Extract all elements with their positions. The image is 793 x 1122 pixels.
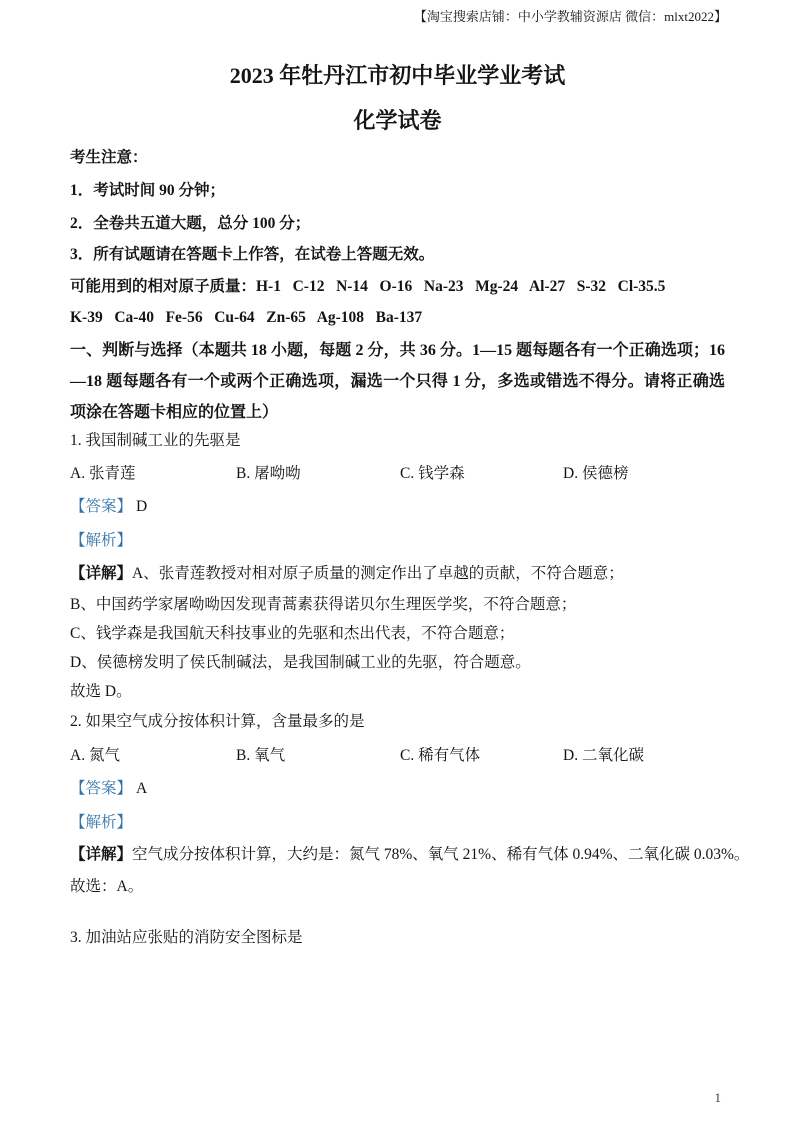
question-2-option-c: C. 稀有气体 xyxy=(400,743,563,769)
question-1-detail-a-text: A、张青莲教授对相对原子质量的测定作出了卓越的贡献，不符合题意； xyxy=(132,565,624,582)
question-1-answer-row: 【答案】D xyxy=(70,494,725,520)
question-1-conclusion: 故选 D。 xyxy=(70,679,725,705)
question-2-option-d: D. 二氧化碳 xyxy=(563,743,725,769)
question-1-option-a: A. 张青莲 xyxy=(70,461,236,487)
question-2-analysis-label: 【解析】 xyxy=(70,810,725,836)
page-number: 1 xyxy=(715,1090,722,1106)
store-watermark: 【淘宝搜索店铺：中小学教辅资源店 微信：mlxt2022】 xyxy=(414,8,727,26)
question-3-stem: 3. 加油站应张贴的消防安全图标是 xyxy=(70,925,725,951)
atomic-masses-line-2: K-39 Ca-40 Fe-56 Cu-64 Zn-65 Ag-108 Ba-1… xyxy=(70,305,725,331)
detail-label: 【详解】 xyxy=(70,565,132,582)
question-1-stem: 1. 我国制碱工业的先驱是 xyxy=(70,428,725,454)
question-1-option-b: B. 屠呦呦 xyxy=(236,461,400,487)
detail-label: 【详解】 xyxy=(70,846,132,863)
answer-label: 【答案】 xyxy=(70,498,132,515)
exam-document-page: 【淘宝搜索店铺：中小学教辅资源店 微信：mlxt2022】 2023 年牡丹江市… xyxy=(0,0,793,1122)
notice-item-3: 3．所有试题请在答题卡上作答，在试卷上答题无效。 xyxy=(70,242,725,268)
question-2-answer-value: A xyxy=(136,780,147,797)
question-1-option-c: C. 钱学森 xyxy=(400,461,563,487)
question-2-answer-row: 【答案】A xyxy=(70,776,725,802)
exam-title: 2023 年牡丹江市初中毕业学业考试 xyxy=(70,62,725,90)
question-1-detail-d: D、侯德榜发明了侯氏制碱法，是我国制碱工业的先驱，符合题意。 xyxy=(70,650,725,676)
question-1-options: A. 张青莲 B. 屠呦呦 C. 钱学森 D. 侯德榜 xyxy=(70,461,725,487)
question-1-analysis-label: 【解析】 xyxy=(70,528,725,554)
section-one-heading: 一、判断与选择（本题共 18 小题，每题 2 分，共 36 分。1—15 题每题… xyxy=(70,335,725,428)
notice-item-2: 2．全卷共五道大题，总分 100 分； xyxy=(70,211,725,237)
document-content: 2023 年牡丹江市初中毕业学业考试 化学试卷 考生注意： 1．考试时间 90 … xyxy=(0,62,793,951)
exam-subtitle: 化学试卷 xyxy=(70,107,725,135)
question-2-stem: 2. 如果空气成分按体积计算，含量最多的是 xyxy=(70,709,725,735)
question-1-detail-b: B、中国药学家屠呦呦因发现青蒿素获得诺贝尔生理医学奖，不符合题意； xyxy=(70,592,725,618)
notice-item-1: 1．考试时间 90 分钟； xyxy=(70,178,725,204)
question-2-option-b: B. 氧气 xyxy=(236,743,400,769)
question-1-detail-c: C、钱学森是我国航天科技事业的先驱和杰出代表，不符合题意； xyxy=(70,621,725,647)
question-2-options: A. 氮气 B. 氧气 C. 稀有气体 D. 二氧化碳 xyxy=(70,743,725,769)
question-2-detail: 【详解】空气成分按体积计算，大约是：氮气 78%、氧气 21%、稀有气体 0.9… xyxy=(70,842,725,868)
question-2-detail-text: 空气成分按体积计算，大约是：氮气 78%、氧气 21%、稀有气体 0.94%、二… xyxy=(132,846,749,863)
question-1-answer-value: D xyxy=(136,498,147,515)
notice-heading: 考生注意： xyxy=(70,145,725,171)
question-2-option-a: A. 氮气 xyxy=(70,743,236,769)
question-1-option-d: D. 侯德榜 xyxy=(563,461,725,487)
question-1-detail-a: 【详解】A、张青莲教授对相对原子质量的测定作出了卓越的贡献，不符合题意； xyxy=(70,561,725,587)
atomic-masses-line-1: 可能用到的相对原子质量：H-1 C-12 N-14 O-16 Na-23 Mg-… xyxy=(70,274,725,300)
answer-label: 【答案】 xyxy=(70,780,132,797)
question-2-conclusion: 故选：A。 xyxy=(70,874,725,900)
